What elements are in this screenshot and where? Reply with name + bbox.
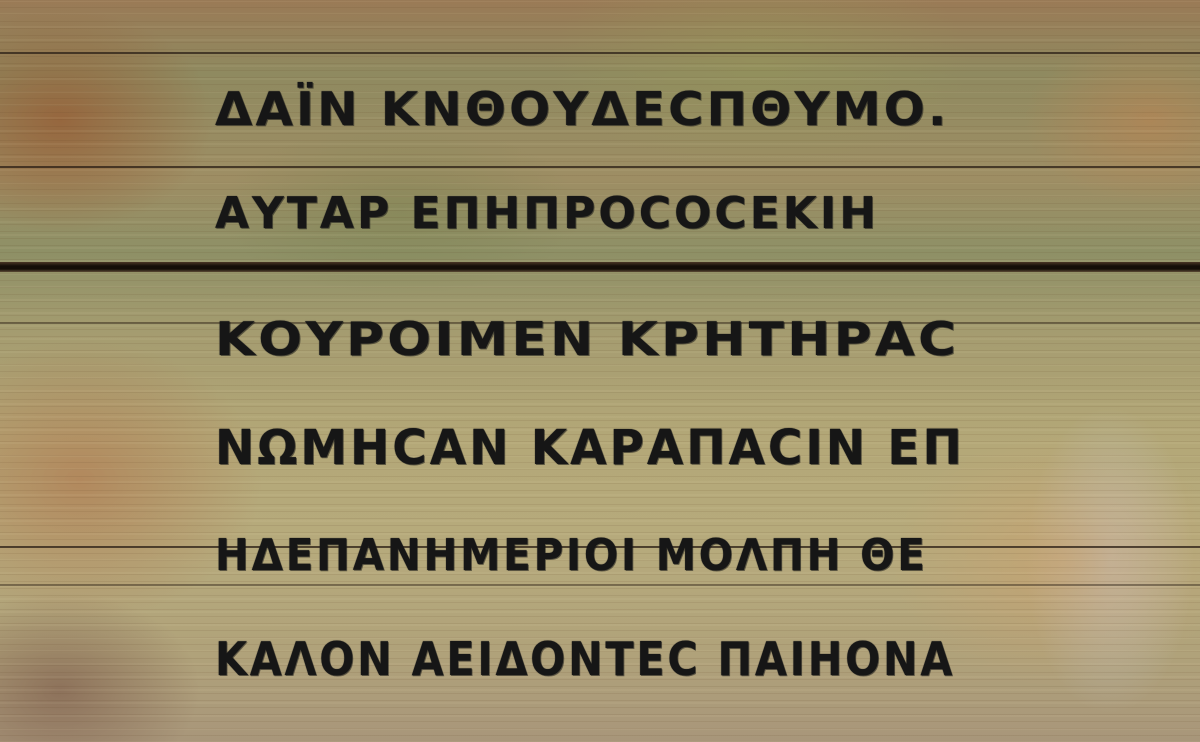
inscription-line-4: ΝΩΜΗCΑΝ ΚΑΡΑΠΑCΙΝ ΕΠ [215, 420, 965, 476]
plank-gap [0, 262, 1200, 272]
plank-seam [0, 52, 1200, 54]
inscription-line-5: ΗΔΕΠΑΝΗΜΕΡΙΟΙ ΜΟΛΠΗ ΘΕ [215, 530, 928, 581]
plank-seam [0, 584, 1200, 586]
inscription-line-6: ΚΑΛΟΝ ΑΕΙΔΟΝΤΕC ΠΑΙΗΟΝΑ [215, 632, 955, 686]
wood-plank-photo: ΔΑΪΝ ΚΝΘΟΥΔΕCΠΘΥΜΟ. ΑΥΤΑΡ ΕΠΗΠΡΟCΟCΕΚΙΗ … [0, 0, 1200, 742]
plank-seam [0, 166, 1200, 168]
inscription-line-1: ΔΑΪΝ ΚΝΘΟΥΔΕCΠΘΥΜΟ. [215, 82, 950, 136]
inscription-line-2: ΑΥΤΑΡ ΕΠΗΠΡΟCΟCΕΚΙΗ [215, 188, 879, 239]
inscription-line-3: ΚΟΥΡΟΙΜΕΝ ΚΡΗΤΗΡΑC [215, 312, 959, 366]
